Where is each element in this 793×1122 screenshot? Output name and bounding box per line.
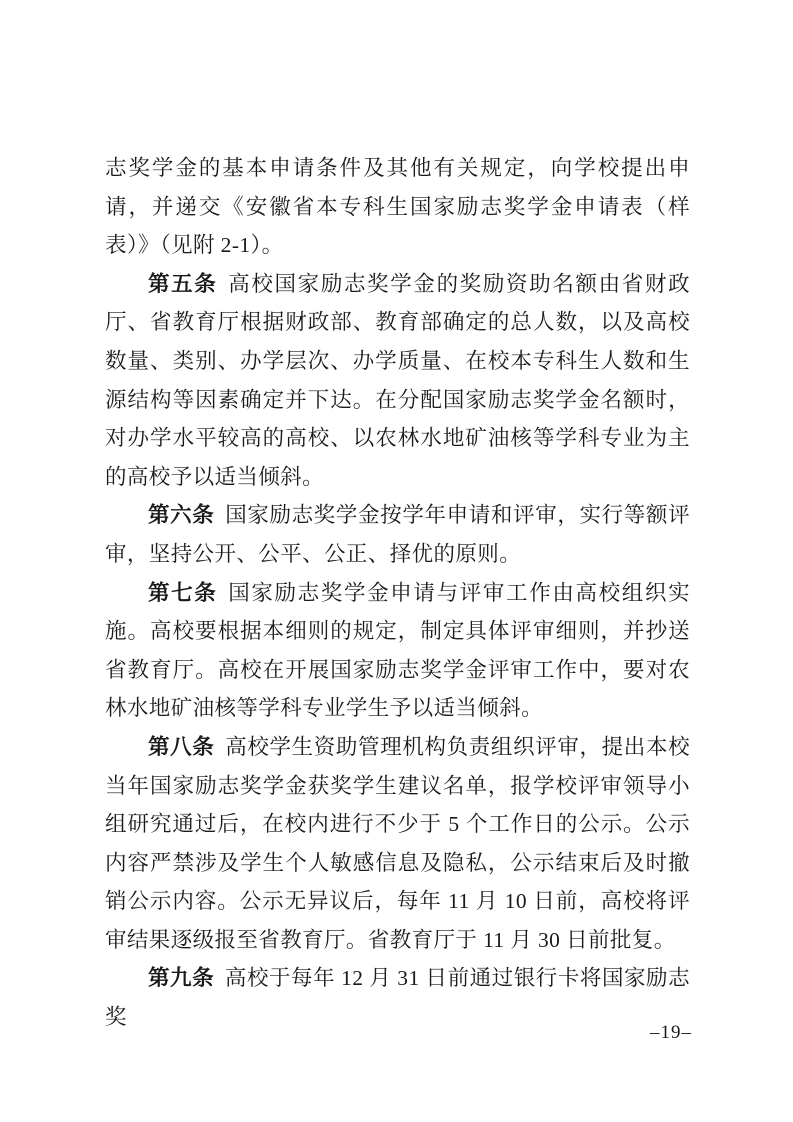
article-number-label: 第七条 [148, 581, 217, 605]
paragraph-text: 高校国家励志奖学金的奖励资助名额由省财政厅、省教育厅根据财政部、教育部确定的总人… [105, 272, 690, 489]
paragraph-article-7: 第七条国家励志奖学金申请与评审工作由高校组织实施。高校要根据本细则的规定，制定具… [105, 574, 690, 728]
page-number: –19– [650, 1022, 692, 1044]
document-page: 志奖学金的基本申请条件及其他有关规定，向学校提出申请，并递交《安徽省本专科生国家… [0, 0, 793, 1122]
paragraph-article-6: 第六条国家励志奖学金按学年申请和评审，实行等额评审，坚持公开、公平、公正、择优的… [105, 496, 690, 573]
paragraph-text: 志奖学金的基本申请条件及其他有关规定，向学校提出申请，并递交《安徽省本专科生国家… [105, 156, 690, 257]
paragraph-continuation: 志奖学金的基本申请条件及其他有关规定，向学校提出申请，并递交《安徽省本专科生国家… [105, 149, 690, 265]
document-body: 志奖学金的基本申请条件及其他有关规定，向学校提出申请，并递交《安徽省本专科生国家… [105, 149, 690, 1037]
article-number-label: 第九条 [148, 966, 214, 990]
paragraph-article-9: 第九条高校于每年 12 月 31 日前通过银行卡将国家励志奖 [105, 959, 690, 1036]
article-number-label: 第五条 [148, 272, 217, 296]
paragraph-article-5: 第五条高校国家励志奖学金的奖励资助名额由省财政厅、省教育厅根据财政部、教育部确定… [105, 265, 690, 497]
paragraph-text: 高校学生资助管理机构负责组织评审，提出本校当年国家励志奖学金获奖学生建议名单，报… [105, 735, 690, 952]
article-number-label: 第八条 [148, 735, 214, 759]
article-number-label: 第六条 [148, 503, 214, 527]
paragraph-article-8: 第八条高校学生资助管理机构负责组织评审，提出本校当年国家励志奖学金获奖学生建议名… [105, 728, 690, 960]
